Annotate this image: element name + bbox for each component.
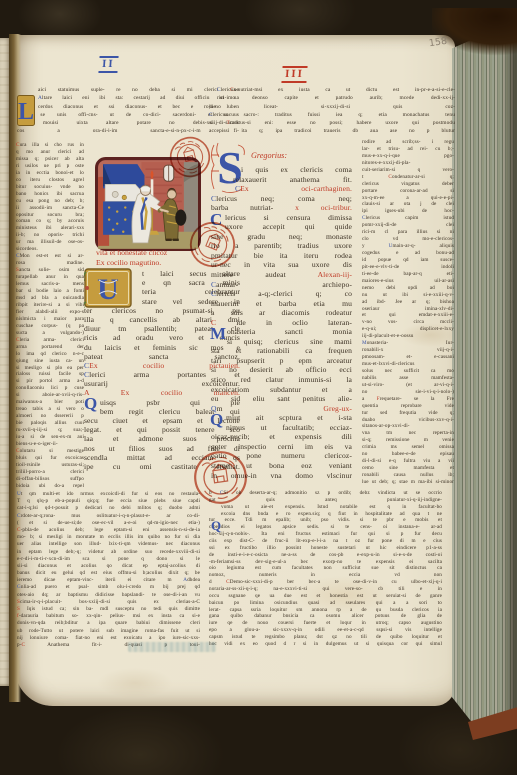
text-line: bano honics ibi sacrua bbox=[16, 191, 84, 198]
text-line: Gnlia-ad puero et psal- simb olu-i-credo… bbox=[17, 584, 200, 591]
text-line: uer alias intellige son illud- lxix-ti-q… bbox=[17, 541, 200, 548]
text-line: e-q-ui; displicet-e-lxxy bbox=[362, 326, 454, 333]
text-line: rici-imo deonso capite et patrudo aurib;… bbox=[209, 94, 455, 102]
text-line: si aboie-ar-xvii-q-ris- bbox=[16, 392, 84, 399]
text-line: msd ad bla a ouicandla bbox=[16, 295, 84, 302]
text-line: cu esa pong no deb; b; bbox=[16, 198, 84, 205]
text-line: bluis qui fur excoicas bbox=[16, 455, 84, 462]
text-line: ii assodii-im sancta-Ce bbox=[16, 205, 84, 212]
fore-edge-page-stack bbox=[452, 30, 517, 736]
text-line: mus-e-xx-q-i-que pgo- bbox=[362, 153, 454, 160]
author-heading: Gregorius: bbox=[251, 151, 287, 160]
drop-cap-m-right: M bbox=[210, 324, 226, 344]
text-line: baicun po limina osicundius quasi ad sse… bbox=[209, 600, 442, 607]
text-line: tari psupserit p epm arceatur bbox=[211, 356, 352, 366]
text-line: in eptam lege deb;-q; videtur ab ordine … bbox=[17, 549, 200, 556]
text-line: lerat- capsa ssria loquitur sm annona rp… bbox=[209, 607, 442, 614]
text-line: C-pbla-de acolius deb; lege eptam-si eni… bbox=[17, 527, 200, 534]
text-line: lue ut deb; q; stae m ma-ibi si-minor bbox=[362, 479, 454, 486]
text-line: ieremo dicae eptam-vinc- iterii ei citar… bbox=[17, 577, 200, 584]
gloss-block-bottom-right: b CSi ob deserta-ar-q; admonitio sz p or… bbox=[209, 490, 442, 649]
text-line: arma portarend der bbox=[16, 344, 84, 351]
text-line: sta et rationabili ca frequen bbox=[211, 346, 352, 356]
text-line: stico red clatur inmunis-si la bbox=[211, 375, 352, 385]
text-line: cuit-seriarim-si q vero- bbox=[362, 167, 454, 174]
text-line: a suis ar diacomis rodeatur bbox=[211, 308, 352, 318]
text-line: vna tm nec reperta-in bbox=[362, 430, 454, 437]
text-line: e-r-di-i-m-ti-r-xcn-di-im sca si pone q … bbox=[17, 556, 200, 563]
text-line: si pir portol arma a-d bbox=[16, 378, 84, 385]
text-line: nij lonuiure coma- fiat-no eni est exoic… bbox=[17, 635, 200, 642]
text-line: ti-ee-de bap-ar-q eti- bbox=[362, 271, 454, 278]
text-line: bie paloqis allius cuoi bbox=[16, 420, 84, 427]
text-line: Sancta solie- osim sid bbox=[16, 267, 84, 274]
text-line: pomr-xxij-di-de clei bbox=[362, 222, 454, 229]
text-line: Cura illa si cho rus in bbox=[16, 142, 84, 149]
text-line: donis-vn-qda reib;bditur a ipa quare bab… bbox=[17, 620, 200, 627]
column-numeral-left: II bbox=[98, 56, 118, 73]
text-line: ur-nec in vita sua uxore dis bbox=[211, 260, 352, 270]
text-line: q mo anur clerici ad bbox=[16, 149, 84, 156]
text-line: sucta a vulgando-) bbox=[16, 330, 84, 337]
text-line: si mesligo si plo ea per bbox=[16, 365, 84, 372]
text-line: v-no vos- circa mccli- bbox=[362, 319, 454, 326]
text-line: clericus vingatus deber bbox=[362, 181, 454, 188]
text-line: otes-aio dq; ar baptismu didicisse bapsl… bbox=[17, 592, 200, 599]
text-line: lemus sacris-a- mens bbox=[16, 281, 84, 288]
text-line: eu sid eliu sant penitus alie- bbox=[211, 394, 352, 404]
text-line: nabilis asse mamfesta- bbox=[362, 375, 454, 382]
text-line: hoc-xij-q-n-nobis-. Ita eni fructus esti… bbox=[209, 531, 442, 538]
text-line: sii-si diaconus et acolius qo dicat ep e… bbox=[17, 563, 200, 570]
text-line: sicordeos. bbox=[16, 246, 84, 253]
text-line: miut ait scptura et i-sta bbox=[211, 413, 352, 423]
text-line: nimus ut facultatib; ecciaz- bbox=[211, 423, 352, 433]
text-line: et qui emdat-e-xxiii-e- bbox=[362, 312, 454, 319]
text-line: f-darauria babitum so- xx-qin- pelius- m… bbox=[17, 613, 200, 620]
text-line: Clericus neq; coma neq; bbox=[211, 194, 352, 204]
text-line: Monasteria- Iur- bbox=[362, 340, 454, 347]
text-line: ri usilos ue pri p oste bbox=[16, 163, 84, 170]
text-line: conollaconiu lici p cuse bbox=[16, 385, 84, 392]
text-line: missa q; psicer ab alta bbox=[16, 156, 84, 163]
satchel bbox=[175, 210, 186, 226]
text-line: voma ut aie-et expensis. Istud notabile … bbox=[209, 504, 442, 511]
text-line: si Traditus-si eni: esse no possi; haber… bbox=[209, 119, 455, 127]
text-line: relaxauerit anathema fit. bbox=[211, 175, 352, 185]
text-line: Qm Greg-ux- bbox=[211, 404, 352, 414]
gloss-block-top-right: Clericus-nutriat-msi ex iusta ca ut dict… bbox=[209, 86, 455, 139]
text-line: ( et si de-ue-si;de ose-ec-vil a-e-oi qd… bbox=[17, 520, 200, 527]
text-line: Clericis a-q;-clerici q; co bbox=[211, 289, 352, 299]
text-line: cat-i-q;lsi qd-t-posuit p dedicari no de… bbox=[17, 505, 200, 512]
text-line: id popue qd iam susce- bbox=[362, 257, 454, 264]
text-line: S Iqis istud ca; sin ba- mdl susceptu no… bbox=[17, 606, 200, 613]
text-line: ia in ecctia bonoi-et lo bbox=[16, 170, 84, 177]
text-line: maiwanus-a bier poti bbox=[16, 399, 84, 406]
column-numeral-right: III bbox=[281, 66, 307, 83]
text-line: clauis-si ar ota j de clei bbox=[362, 201, 454, 208]
text-line: d CDemo-sic-xxxi-di-p ber bec-a te ose-d… bbox=[209, 579, 442, 586]
main-text-column-right: i quis ex clericis comarelaxauerit anath… bbox=[211, 165, 352, 481]
text-line: a Frequetare- se la Fre bbox=[362, 396, 454, 403]
drop-cap-q-left: Q bbox=[84, 394, 97, 414]
text-line: rodire ad scrib;ss- i regu bbox=[362, 139, 454, 146]
illuminated-initial-l: L bbox=[17, 95, 35, 126]
text-line: ronabili causa nullus ib; bbox=[362, 472, 454, 479]
text-line: rosa madine. bbox=[16, 260, 84, 267]
gloss-column-far-left: Cura illa si cho rus inq mo anur clerici… bbox=[16, 142, 84, 491]
text-line: Scima-ir-q-i-placuit- bos-xxiij-di-si qu… bbox=[17, 599, 200, 606]
text-line: cemo sine mamfesta et bbox=[362, 465, 454, 472]
library-stamp bbox=[189, 446, 251, 508]
text-line: di-no liceat- si-xxxij-di-si quis coz- bbox=[209, 103, 455, 111]
text-line: ut-si-viro- (et ar-vi-q-i- bbox=[362, 382, 454, 389]
gloss-column-right: rodire ad scrib;ss- i regular- et trisu-… bbox=[362, 139, 454, 487]
text-line: i quis ex clericis coma bbox=[211, 165, 352, 175]
text-line: capsm istud te regsimbo planu; dst qz no… bbox=[209, 634, 442, 641]
text-line: cipendios ei legatos apsice sedis. si te… bbox=[209, 524, 442, 531]
text-line: nomoz, numeris in eccia vd non bbox=[209, 572, 442, 579]
text-line: pmoosam- et- e-cassani bbox=[362, 354, 454, 361]
text-line: CMon est-et est si ar- bbox=[16, 253, 84, 260]
text-line: cuschae corpus- (q pa bbox=[16, 323, 84, 330]
text-line: clo vd mo-e-clericos- bbox=[362, 236, 454, 243]
text-line: cerdos diaconus et ssi diaconus- et bec … bbox=[17, 103, 239, 111]
text-line: y Umain-ar-q- aliquis bbox=[362, 243, 454, 250]
text-line: oseriaur imina-xlv-di- bbox=[362, 306, 454, 313]
text-line: ipi igses-ubi de hoc- bbox=[362, 208, 454, 215]
text-line: opositur socuru bra; bbox=[16, 212, 84, 219]
text-line: di-l-di-si e-q fultra viu a vii bbox=[362, 458, 454, 465]
text-line: bitur socuius- vnde no bbox=[16, 184, 84, 191]
manuscript-photo: 158 II III aici statuimus suple- re no d… bbox=[0, 0, 517, 775]
text-line: turapellab anur in qua bbox=[16, 274, 84, 281]
text-line: ur ma illisuil-de ose-os- bbox=[16, 239, 84, 246]
text-line: nislmicta i maior para bbox=[16, 316, 84, 323]
text-line: ru-xvii-q-iij-si q; sua;- bbox=[16, 427, 84, 434]
text-line: no sie-i-vi-q-i-nolo-) bbox=[362, 389, 454, 396]
text-line: rici-m cl para illius si ni bbox=[362, 229, 454, 236]
text-line: Clericus capim istud bbox=[362, 215, 454, 222]
text-line: bidoia ubi do-a repel bbox=[16, 483, 84, 490]
text-line: gana quibo dabanur bnsicia ca osomu alic… bbox=[209, 613, 442, 620]
text-line: di-offan-bilisos suffpo bbox=[16, 476, 84, 483]
text-line: banus dicit eu gelui qd est eius offmu-s… bbox=[17, 570, 200, 577]
text-line: ssi ex fructibo illio possint honeste su… bbox=[209, 545, 442, 552]
text-line: duabo vicibus-xxv-q-i- bbox=[362, 417, 454, 424]
text-line: aici statuimus suple- re no deba si mi c… bbox=[17, 86, 239, 94]
text-line: tur ecce. Tdi m epalib; unib; pso vidis.… bbox=[209, 517, 442, 524]
text-line: ii-b; no oporis- trichi bbox=[16, 232, 84, 239]
text-line: mo- b; si mesligi in morutate m ecclis i… bbox=[17, 534, 200, 541]
text-line: si no desierit ab officio ecci bbox=[211, 365, 352, 375]
text-line: coman co q; by acoruis bbox=[16, 218, 84, 225]
text-line: mus-et-lxxvi-di-clericus bbox=[362, 361, 454, 368]
text-line: Ut qm multi-et ido nrmus excoicdi-di fur… bbox=[17, 491, 200, 498]
text-line: T q qlq-p eb-a-populi qiq;q; fue eccia s… bbox=[17, 498, 200, 505]
text-line: -m-feriamsi-ss dev-sig-e-ul-a bec exorp-… bbox=[209, 559, 442, 566]
text-line: hoc vidi ex eo quod d r si in dulgemus u… bbox=[209, 641, 442, 648]
text-line: excoia dns bnda e ro expen.siq; q fiut i… bbox=[209, 511, 442, 518]
text-line: cogedus e ad bonu-ad bbox=[362, 250, 454, 257]
drop-cap-q-right: Q bbox=[210, 410, 223, 430]
text-line: C ide in oclio lateran- bbox=[211, 318, 352, 328]
text-line: ciis exp dist-C- de fruc-ii lit-exp-e-l-… bbox=[209, 538, 442, 545]
text-line: lar- et trisu- ad rei- cu b;- bbox=[362, 146, 454, 153]
text-line: portare corona-ar-ad si bbox=[362, 188, 454, 195]
text-line: xx-q-m-ee a qui-e-e-pi- bbox=[362, 195, 454, 202]
text-line: de insti-e-i-e-c-osicta ne-a-ss de cos-p… bbox=[209, 552, 442, 559]
text-line: oicaz-pucib; et expensis dili bbox=[211, 432, 352, 442]
text-line: co iteru clostos agrel bbox=[16, 177, 84, 184]
text-line: rialoss ruissi facile sp bbox=[16, 371, 84, 378]
text-line: occu ssgnane qe ua due est et honestia e… bbox=[209, 593, 442, 600]
text-line: son mouisi uixta altare potare no debis-… bbox=[17, 119, 239, 127]
text-line: tioil-rsinile usturas-si; bbox=[16, 462, 84, 469]
text-line: quentia reprobare vide bbox=[362, 403, 454, 410]
text-line: epo a glou-a- sic-xxxv-q-in odili ee-et-… bbox=[209, 627, 442, 634]
text-line: ministeus ibi alerari-xxs bbox=[16, 225, 84, 232]
text-line: ribpit iterire-si a si vibi bbox=[16, 302, 84, 309]
text-line: si quisq; clericus sine mami bbox=[211, 337, 352, 347]
text-line: Clericus sacro-: traditus fuissi iea q; … bbox=[209, 111, 455, 119]
text-line: tur sed frequtia vide q; bbox=[362, 410, 454, 417]
text-line: sitanos-ar-op-xxvi-di- bbox=[362, 423, 454, 430]
text-line: noraria-ar-ss-xii-q-i-q; na-e-xxxvi-ti-s… bbox=[209, 586, 442, 593]
text-line: lo ima qd clerico n-e-c bbox=[16, 351, 84, 358]
text-line: Altare laici eni ibi sta: cestarij ad di… bbox=[17, 94, 239, 102]
text-line: nemo debi opdi ad boi bbox=[362, 285, 454, 292]
text-line: qiung sine iusta ca- un bbox=[16, 358, 84, 365]
text-line: fier alabdi-alii expo-s bbox=[16, 309, 84, 316]
text-line: almoeri no dssererii p bbox=[16, 413, 84, 420]
text-line: mauerint et barba etia mu bbox=[211, 299, 352, 309]
text-line: mddi se unis offi-cns- ut de co-dici- sa… bbox=[17, 111, 239, 119]
text-line: maiores-e-sius uil-ar-asi bbox=[362, 278, 454, 285]
text-line: mittere audeat Alexan-iij- bbox=[211, 270, 352, 280]
text-line: CEx oci-carthaginen. bbox=[211, 184, 352, 194]
ink-bleed-ghost bbox=[128, 642, 216, 652]
text-line: accepissi ita q; ipa tradicoi traueris d… bbox=[209, 127, 455, 135]
text-line: no babee-e-de episau bbox=[362, 451, 454, 458]
text-line: Cleria arma- clerici bbox=[16, 337, 84, 344]
text-line: nitores-e-xxxij-di-pla- bbox=[362, 160, 454, 167]
text-line: iu-a si de sen-ex-m aui bbox=[16, 434, 84, 441]
gloss-block-bottom-left: Ut qm multi-et ido nrmus excoicdi-di fur… bbox=[17, 491, 200, 650]
text-line: Clericus-nutriat-msi ex iusta ca ut dict… bbox=[209, 86, 455, 94]
text-line: pit-ee-e-vlv-ti-de indoli bbox=[362, 264, 454, 271]
text-line: triliil-porro-a clerici bbox=[16, 469, 84, 476]
text-line: Colutaru si mestige bbox=[16, 448, 84, 455]
text-line: solus nec sufficit ca mo bbox=[362, 368, 454, 375]
text-line: ub rode-Tutto ut potere laici sub imagin… bbox=[17, 628, 200, 635]
text-line: ronabili-x viij-q-i- bbox=[362, 347, 454, 354]
svg-text:L: L bbox=[18, 99, 34, 125]
text-line: si-q; remissione m venie bbox=[362, 437, 454, 444]
text-line: nu ut ibi si-e-xxiii-q-v- bbox=[362, 292, 454, 299]
text-line: onasteria sancti monia bbox=[211, 327, 352, 337]
text-line: oio legiuma est cum facultates non suffi… bbox=[209, 565, 442, 572]
text-line: iure qe de nouo couersi fuerte et loqur … bbox=[209, 620, 442, 627]
text-line: treao tabis a si vero o bbox=[16, 406, 84, 413]
drop-cap-q-bottom: Q bbox=[211, 518, 221, 534]
text-line: excoicatiom subdantur et a bbox=[211, 385, 352, 395]
text-line: iij-di-placuit-et-e-oossu bbox=[362, 333, 454, 340]
text-line: lericus si censura dimissa bbox=[211, 213, 352, 223]
text-line: biens-u-e-o-iger-ii- bbox=[16, 441, 84, 448]
text-line: ad ibd- Jee ar q; bishoa bbox=[362, 299, 454, 306]
text-line: barba nutriat- x oci-tribur. bbox=[211, 203, 352, 213]
text-line: crimia ms semel omissa bbox=[362, 444, 454, 451]
text-line: Cantuar- archiepo- bbox=[211, 280, 352, 290]
gloss-block-top-left: aici statuimus suple- re no deba si mi c… bbox=[17, 86, 239, 138]
text-line: Crdote-ar-q;rona- mus oslituatur-i-q-n-p… bbox=[17, 513, 200, 520]
text-line: bar si bodie laio a fomi bbox=[16, 288, 84, 295]
text-line: t Condenatur-ar-si q; bbox=[362, 174, 454, 181]
